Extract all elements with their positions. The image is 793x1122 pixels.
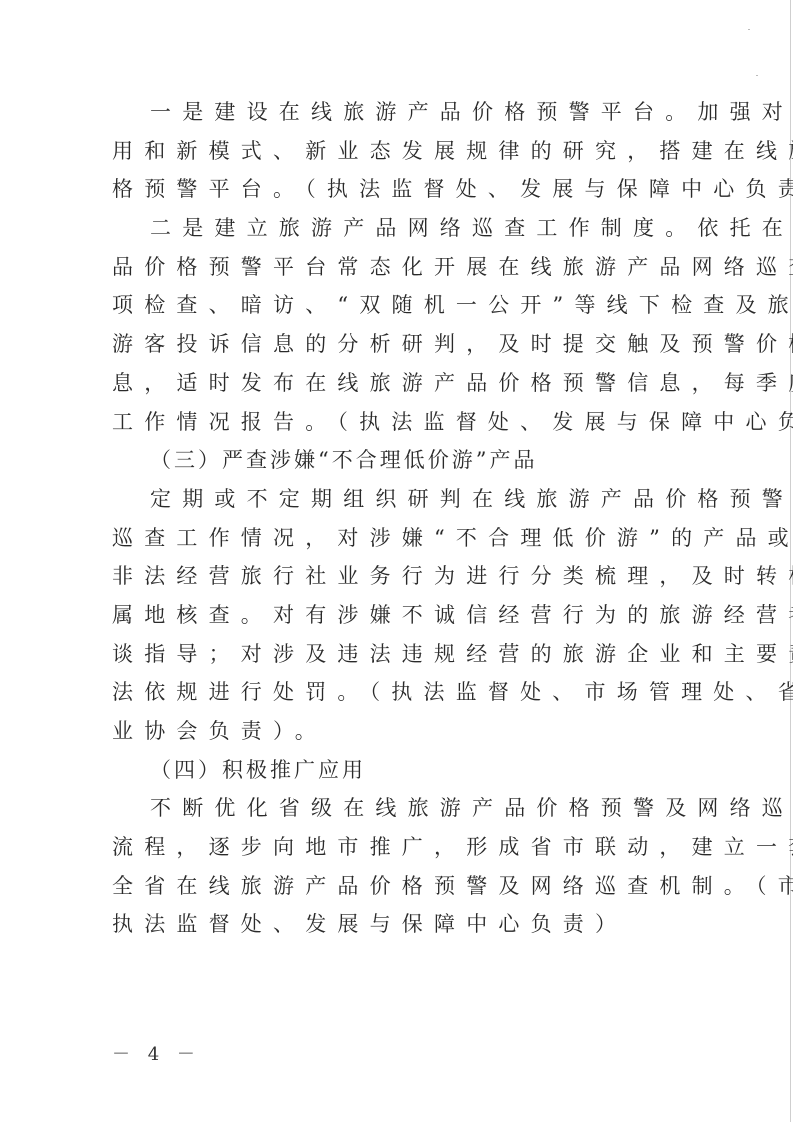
- paragraph-line: 用和新模式、新业态发展规律的研究，搭建在线旅游产品价: [112, 132, 694, 171]
- paragraph-line: 定期或不定期组织研判在线旅游产品价格预警及网络: [112, 480, 694, 519]
- paragraph-line: 全省在线旅游产品价格预警及网络巡查机制。（市场管理处、: [112, 867, 694, 906]
- scan-speck: [756, 75, 758, 76]
- paragraph-line: 一是建设在线旅游产品价格预警平台。加强对新技术应: [112, 93, 694, 132]
- paragraph-line: 工作情况报告。（执法监督处、发展与保障中心负责）: [112, 403, 694, 442]
- section-heading-4: （四）积极推广应用: [112, 751, 694, 790]
- scan-edge-line: [790, 0, 791, 1122]
- page-number: － 4 －: [112, 1040, 201, 1066]
- paragraph-line: 息，适时发布在线旅游产品价格预警信息，每季度提交巡查: [112, 364, 694, 403]
- document-page: 一是建设在线旅游产品价格预警平台。加强对新技术应 用和新模式、新业态发展规律的研…: [0, 0, 793, 1122]
- paragraph-line: 非法经营旅行社业务行为进行分类梳理，及时转相关部门或: [112, 557, 694, 596]
- paragraph-line: 法依规进行处罚。（执法监督处、市场管理处、省旅行社行: [112, 673, 694, 712]
- paragraph-line: 执法监督处、发展与保障中心负责）: [112, 905, 694, 944]
- paragraph-line: 属地核查。对有涉嫌不诚信经营行为的旅游经营者，加强约: [112, 596, 694, 635]
- paragraph-line: 品价格预警平台常态化开展在线旅游产品网络巡查，加强专: [112, 248, 694, 287]
- paragraph-line: 巡查工作情况，对涉嫌“不合理低价游”的产品或未经许可: [112, 519, 694, 558]
- paragraph-line: 格预警平台。（执法监督处、发展与保障中心负责）: [112, 170, 694, 209]
- paragraph-line: 游客投诉信息的分析研判，及时提交触及预警价格的产品信: [112, 325, 694, 364]
- paragraph-line: 业协会负责）。: [112, 712, 694, 751]
- paragraph-line: 谈指导；对涉及违法违规经营的旅游企业和主要责任人，依: [112, 635, 694, 674]
- paragraph-line: 二是建立旅游产品网络巡查工作制度。依托在线旅游产: [112, 209, 694, 248]
- paragraph-line: 项检查、暗访、“双随机一公开”等线下检查及旅游企业、: [112, 286, 694, 325]
- section-heading-3: （三）严查涉嫌“不合理低价游”产品: [112, 441, 694, 480]
- scan-speck: [748, 29, 750, 30]
- document-body: 一是建设在线旅游产品价格预警平台。加强对新技术应 用和新模式、新业态发展规律的研…: [112, 93, 694, 944]
- paragraph-line: 流程，逐步向地市推广，形成省市联动，建立一套有特色的: [112, 828, 694, 867]
- paragraph-line: 不断优化省级在线旅游产品价格预警及网络巡查工作: [112, 789, 694, 828]
